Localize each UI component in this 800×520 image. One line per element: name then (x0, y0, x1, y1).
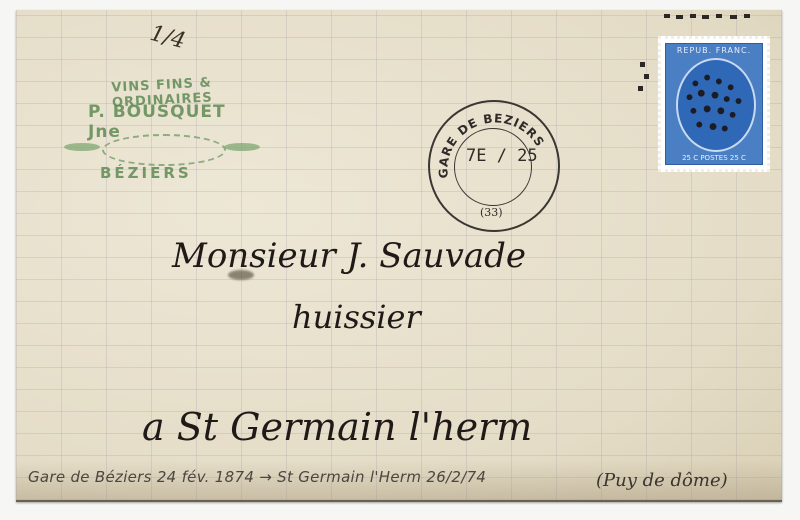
oval-ornament (102, 134, 226, 166)
postage-stamp: REPUB. FRANC. 25 C POSTES 25 C (658, 36, 770, 172)
stamp-face: REPUB. FRANC. 25 C POSTES 25 C (665, 43, 763, 165)
address-line-2: huissier (292, 298, 421, 336)
postmark-inner-ring (454, 128, 532, 206)
postmark: GARE DE BEZIERS 7E / 25 (33) (428, 100, 560, 232)
pencil-annotation: Gare de Béziers 24 fév. 1874 → St Germai… (28, 468, 486, 486)
leaf-ornament-icon (64, 143, 100, 151)
stamp-cancel-dots (666, 44, 762, 164)
stamp-bottom-text: 25 C POSTES 25 C (666, 154, 762, 162)
address-line-3: a St Germain l'herm (142, 405, 532, 449)
address-line-1: Monsieur J. Sauvade (172, 236, 526, 276)
postmark-date: 7E / 25 (466, 146, 538, 166)
merchant-cachet: VINS FINS & ORDINAIRES P. BOUSQUET Jne B… (62, 78, 262, 188)
leaf-ornament-icon (224, 143, 260, 151)
pencil-annotation-region: (Puy de dôme) (596, 470, 728, 491)
cachet-line-3: BÉZIERS (100, 164, 192, 182)
postmark-department: (33) (480, 206, 503, 219)
